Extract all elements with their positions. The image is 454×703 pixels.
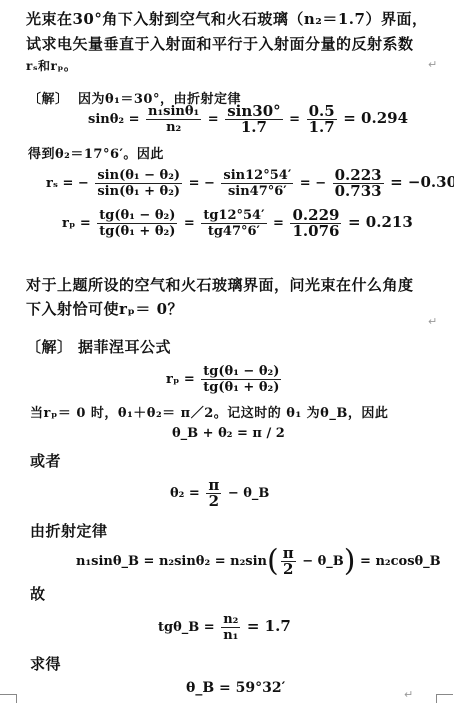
fraction: tg(θ₁ − θ₂)tg(θ₁ + θ₂)	[201, 364, 281, 395]
paragraph-mark: ↵	[404, 688, 413, 701]
equation-rp: rₚ = tg(θ₁ − θ₂)tg(θ₁ + θ₂) = tg12°54′tg…	[62, 208, 413, 239]
page-corner-mark-right	[436, 694, 453, 703]
problem2-line1: 对于上题所设的空气和火石玻璃界面，问光束在什么角度	[26, 274, 414, 295]
problem2-line2: 下入射恰可使rₚ＝ 0？	[26, 298, 183, 319]
eq-rhs: − θ_B	[228, 486, 270, 501]
equation-fresnel-rp: rₚ = tg(θ₁ − θ₂)tg(θ₁ + θ₂)	[166, 364, 283, 395]
solution2-intro: 据菲涅耳公式	[78, 336, 171, 357]
eq-result: = 0.213	[348, 213, 413, 231]
fraction: 0.51.7	[307, 104, 337, 135]
equation-tan: tgθ_B = n₂n₁ = 1.7	[158, 612, 291, 643]
eq-part1: n₁sinθ_B = n₂sinθ₂ = n₂sin	[76, 554, 267, 569]
eq-result: = 1.7	[247, 617, 291, 635]
eq-result: = −0.305	[390, 173, 454, 191]
equation-theta2: θ₂ = π2 − θ_B	[170, 478, 269, 509]
equation-snell-1: sinθ₂ = n₁sinθ₁n₂ = sin30°1.7 = 0.51.7 =…	[88, 104, 408, 135]
equation-snell-2: n₁sinθ_B = n₂sinθ₂ = n₂sin(π2 − θ_B) = n…	[76, 546, 441, 577]
fraction: π2	[281, 546, 296, 577]
problem1-line1: 光束在30°角下入射到空气和火石玻璃（n₂＝1.7）界面，	[26, 8, 427, 29]
equation-sum: θ_B + θ₂ = π / 2	[172, 426, 285, 441]
eq-result: = 0.294	[343, 109, 408, 127]
solution2-condition-text: 当rₚ＝ 0 时，θ₁＋θ₂＝ π／2。记这时的 θ₁ 为θ_B，因此	[30, 402, 388, 421]
eq-lhs: rₛ = −	[46, 176, 89, 191]
eq-lhs: rₚ =	[62, 216, 91, 231]
fraction: π2	[206, 478, 221, 509]
solution2-or-text: 或者	[30, 450, 61, 471]
page-corner-mark-left	[0, 694, 17, 703]
paragraph-mark: ↵	[428, 58, 437, 71]
solution1-label: 〔解〕	[28, 88, 69, 107]
solution1-result-text: 得到θ₂＝17°6′。因此	[28, 143, 164, 162]
solution2-snell-text: 由折射定律	[30, 520, 108, 541]
paragraph-mark: ↵	[428, 315, 437, 328]
problem1-line3: rₛ和rₚ。	[26, 57, 76, 74]
equation-final: θ_B = 59°32′	[186, 680, 285, 696]
problem1-line2: 试求电矢量垂直于入射面和平行于入射面分量的反射系数	[26, 33, 414, 54]
eq-part2: = n₂cosθ_B	[360, 554, 441, 569]
eq-lhs: rₚ =	[166, 372, 195, 387]
eq-lhs: θ₂ =	[170, 486, 200, 501]
fraction: sin12°54′sin47°6′	[221, 168, 293, 199]
fraction: 0.2291.076	[290, 208, 341, 239]
fraction: sin(θ₁ − θ₂)sin(θ₁ + θ₂)	[95, 168, 182, 199]
solution2-obtain-text: 求得	[30, 653, 61, 674]
eq-lhs: tgθ_B =	[158, 620, 215, 635]
eq-lhs: sinθ₂	[88, 112, 124, 127]
fraction: 0.2230.733	[333, 168, 384, 199]
equation-rs: rₛ = − sin(θ₁ − θ₂)sin(θ₁ + θ₂) = − sin1…	[46, 168, 454, 199]
fraction: n₂n₁	[221, 612, 240, 643]
solution2-hence-text: 故	[30, 583, 46, 604]
solution2-label: 〔解〕	[26, 336, 73, 357]
fraction: tg12°54′tg47°6′	[201, 208, 266, 239]
fraction: sin30°1.7	[225, 104, 282, 135]
eq-inner: − θ_B	[302, 554, 344, 569]
fraction: n₁sinθ₁n₂	[146, 104, 201, 135]
fraction: tg(θ₁ − θ₂)tg(θ₁ + θ₂)	[97, 208, 177, 239]
